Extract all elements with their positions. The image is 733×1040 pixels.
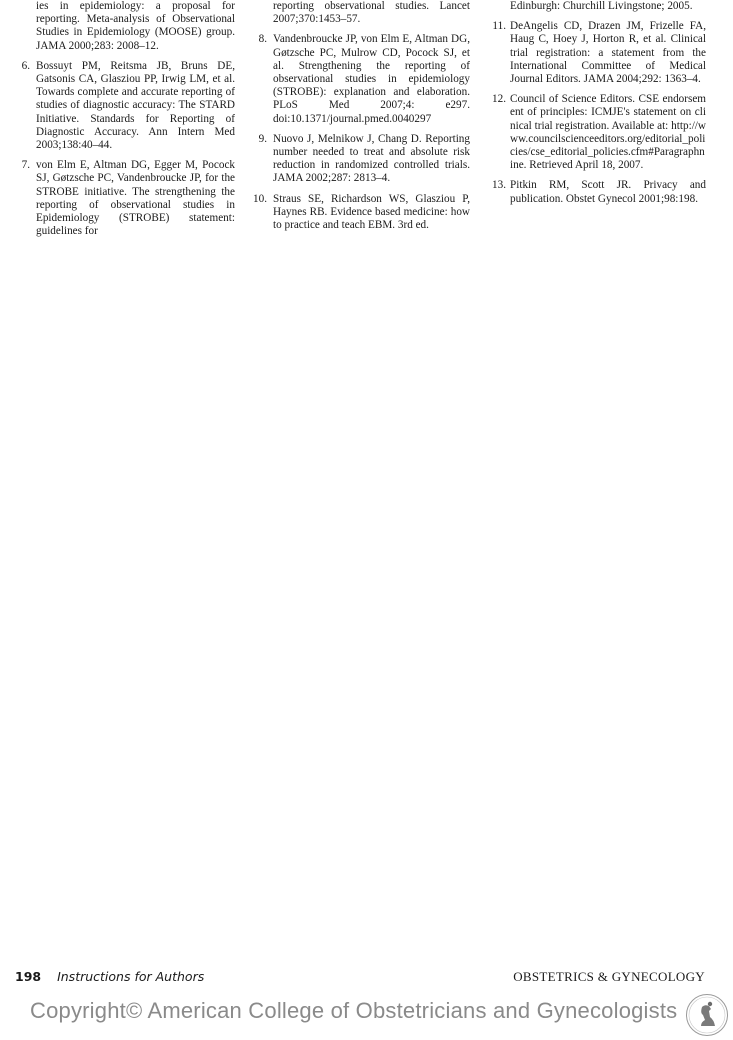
reference-item: 12. Council of Science Editors. CSE endo… — [484, 93, 706, 172]
page-number: 198 — [15, 969, 41, 984]
reference-text: Straus SE, Richardson WS, Glasziou P, Ha… — [273, 193, 470, 233]
reference-item: 9. Nuovo J, Melnikow J, Chang D. Reporti… — [247, 133, 470, 186]
reference-column-2: reporting observational studies. Lancet … — [247, 0, 470, 239]
journal-title: OBSTETRICS & GYNECOLOGY — [513, 969, 705, 985]
reference-number: 12. — [484, 93, 506, 106]
reference-item: 8. Vandenbroucke JP, von Elm E, Altman D… — [247, 33, 470, 125]
reference-item: 11. DeAngelis CD, Drazen JM, Frizelle FA… — [484, 20, 706, 86]
reference-text: Bossuyt PM, Reitsma JB, Bruns DE, Gatson… — [36, 60, 235, 152]
reference-number: 6. — [10, 60, 30, 73]
reference-item: reporting observational studies. Lancet … — [247, 0, 470, 26]
reference-item: Edinburgh: Churchill Livingstone; 2005. — [484, 0, 706, 13]
reference-item: 7. von Elm E, Altman DG, Egger M, Pocock… — [10, 159, 235, 238]
reference-item: 13. Pitkin RM, Scott JR. Privacy and pub… — [484, 179, 706, 205]
reference-column-3: Edinburgh: Churchill Livingstone; 2005. … — [484, 0, 706, 213]
reference-number: 10. — [247, 193, 267, 206]
reference-number: 13. — [484, 179, 506, 192]
reference-text: Nuovo J, Melnikow J, Chang D. Reporting … — [273, 133, 470, 186]
reference-text: ies in epidemiology: a proposal for repo… — [36, 0, 235, 53]
reference-number: 9. — [247, 133, 267, 146]
reference-text: Edinburgh: Churchill Livingstone; 2005. — [510, 0, 706, 13]
reference-text: von Elm E, Altman DG, Egger M, Pocock SJ… — [36, 159, 235, 238]
reference-text: Council of Science Editors. CSE endorsem… — [510, 93, 706, 172]
reference-item: ies in epidemiology: a proposal for repo… — [10, 0, 235, 53]
reference-number: 7. — [10, 159, 30, 172]
reference-number: 8. — [247, 33, 267, 46]
reference-item: 6. Bossuyt PM, Reitsma JB, Bruns DE, Gat… — [10, 60, 235, 152]
section-title: Instructions for Authors — [57, 969, 204, 984]
reference-text: DeAngelis CD, Drazen JM, Frizelle FA, Ha… — [510, 20, 706, 86]
reference-number: 11. — [484, 20, 506, 33]
reference-text: Pitkin RM, Scott JR. Privacy and publica… — [510, 179, 706, 205]
reference-text: reporting observational studies. Lancet … — [273, 0, 470, 26]
copyright-notice: Copyright© American College of Obstetric… — [30, 998, 677, 1024]
acog-seal-icon — [685, 993, 729, 1037]
reference-column-1: ies in epidemiology: a proposal for repo… — [10, 0, 235, 245]
reference-item: 10. Straus SE, Richardson WS, Glasziou P… — [247, 193, 470, 233]
reference-text: Vandenbroucke JP, von Elm E, Altman DG, … — [273, 33, 470, 125]
